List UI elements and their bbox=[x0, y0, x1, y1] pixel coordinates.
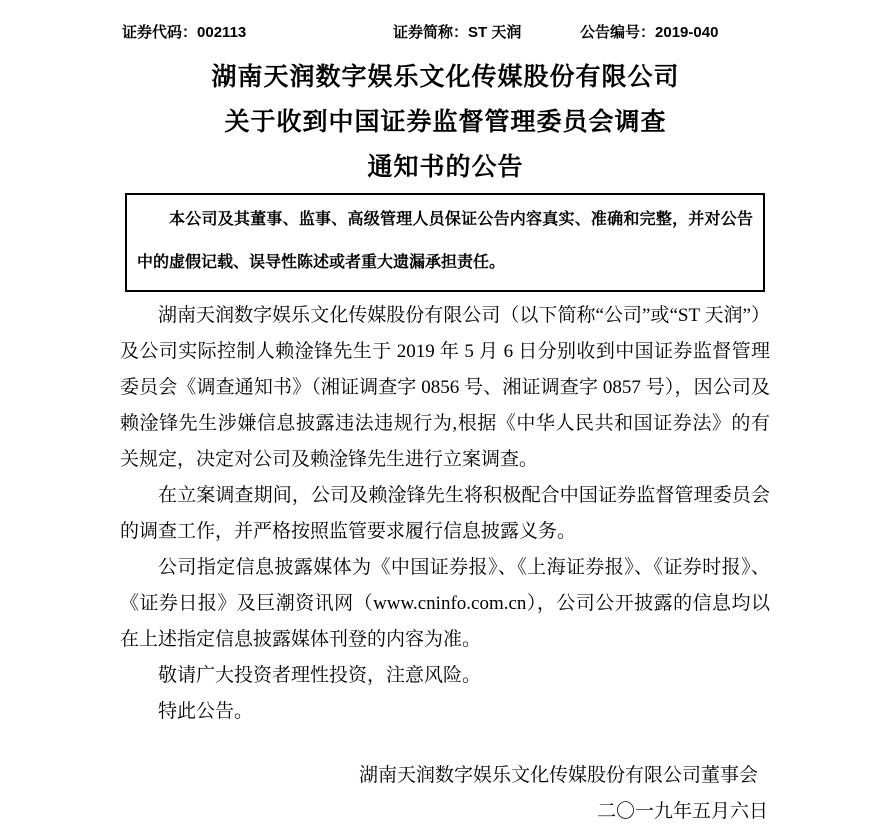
stock-short-name-value: ST 天润 bbox=[468, 24, 521, 41]
page-title: 湖南天润数字娱乐文化传媒股份有限公司 关于收到中国证券监督管理委员会调查 通知书… bbox=[120, 55, 771, 190]
securities-header-row: 证券代码：002113 证券简称：ST 天润 公告编号：2019-040 bbox=[0, 22, 891, 44]
announcement-body: 湖南天润数字娱乐文化传媒股份有限公司（以下简称“公司”或“ST 天润”）及公司实… bbox=[120, 298, 770, 730]
page-title-line-1: 湖南天润数字娱乐文化传媒股份有限公司 bbox=[120, 55, 771, 100]
announcement-number-value: 2019-040 bbox=[655, 24, 718, 41]
stock-short-name: 证券简称：ST 天润 bbox=[393, 22, 521, 44]
signature-block: 湖南天润数字娱乐文化传媒股份有限公司董事会 二〇一九年五月六日 bbox=[120, 758, 770, 830]
stock-short-name-label: 证券简称 bbox=[393, 24, 453, 41]
body-paragraph-3: 公司指定信息披露媒体为《中国证券报》、《上海证券报》、《证券时报》、《证券日报》… bbox=[120, 550, 770, 658]
disclaimer-text: 本公司及其董事、监事、高级管理人员保证公告内容真实、准确和完整，并对公告中的虚假… bbox=[137, 198, 753, 284]
announcement-number-separator: ： bbox=[640, 24, 655, 41]
body-paragraph-5: 特此公告。 bbox=[120, 694, 770, 730]
announcement-number: 公告编号：2019-040 bbox=[580, 22, 718, 44]
body-paragraph-4: 敬请广大投资者理性投资，注意风险。 bbox=[120, 658, 770, 694]
body-paragraph-1: 湖南天润数字娱乐文化传媒股份有限公司（以下简称“公司”或“ST 天润”）及公司实… bbox=[120, 298, 770, 478]
disclaimer-box: 本公司及其董事、监事、高级管理人员保证公告内容真实、准确和完整，并对公告中的虚假… bbox=[125, 193, 765, 292]
stock-code-separator: ： bbox=[182, 24, 197, 41]
announcement-page: 证券代码：002113 证券简称：ST 天润 公告编号：2019-040 湖南天… bbox=[0, 0, 891, 835]
announcement-number-label: 公告编号 bbox=[580, 24, 640, 41]
stock-code-value: 002113 bbox=[197, 24, 246, 41]
signature-date: 二〇一九年五月六日 bbox=[120, 794, 768, 830]
body-paragraph-2: 在立案调查期间，公司及赖淦锋先生将积极配合中国证券监督管理委员会的调查工作，并严… bbox=[120, 478, 770, 550]
stock-short-name-separator: ： bbox=[453, 24, 468, 41]
stock-code: 证券代码：002113 bbox=[122, 22, 246, 44]
page-title-line-3: 通知书的公告 bbox=[120, 145, 771, 190]
page-title-line-2: 关于收到中国证券监督管理委员会调查 bbox=[120, 100, 771, 145]
stock-code-label: 证券代码 bbox=[122, 24, 182, 41]
signature-company: 湖南天润数字娱乐文化传媒股份有限公司董事会 bbox=[120, 758, 758, 794]
